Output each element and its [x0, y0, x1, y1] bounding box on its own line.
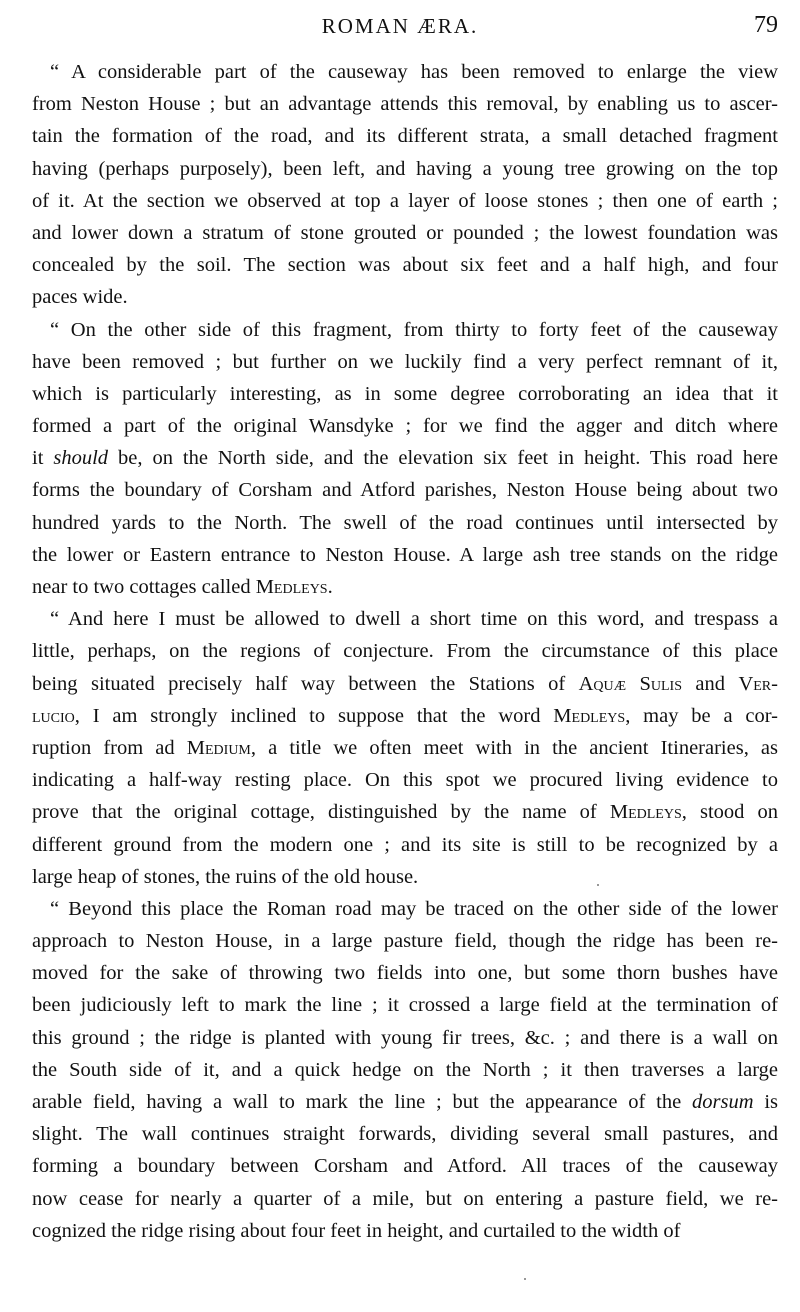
text-line: which is particularly interesting, as in…: [32, 378, 778, 410]
text-line: the lower or Eastern entrance to Neston …: [32, 539, 778, 571]
text-line: moved for the sake of throwing two field…: [32, 957, 778, 989]
text-span: , a title we often meet with in the anci…: [251, 737, 778, 759]
page-header: ROMAN ÆRA. 79: [0, 10, 800, 46]
text-span: .: [328, 576, 333, 598]
text-line: approach to Neston House, in a large pas…: [32, 925, 778, 957]
small-caps-text: Medleys: [610, 801, 682, 823]
text-line: having (perhaps purposely), been left, a…: [32, 153, 778, 185]
text-line: near to two cottages called Medleys.: [32, 571, 778, 603]
scan-speck: [524, 1278, 526, 1280]
text-span: near to two cottages called: [32, 576, 256, 598]
small-caps-text: Ver-: [738, 673, 778, 695]
text-line: ruption from ad Medium, a title we often…: [32, 732, 778, 764]
italic-text: dorsum: [692, 1091, 754, 1113]
text-line: of it. At the section we observed at top…: [32, 185, 778, 217]
body-text: “ A considerable part of the causeway ha…: [32, 56, 778, 1247]
text-span: , I am strongly inclined to suppose that…: [75, 705, 554, 727]
text-line: lucio, I am strongly inclined to suppose…: [32, 700, 778, 732]
scan-speck: [597, 884, 599, 886]
text-line: tain the formation of the road, and its …: [32, 120, 778, 152]
text-line: arable field, having a wall to mark the …: [32, 1086, 778, 1118]
text-line: and lower down a stratum of stone groute…: [32, 217, 778, 249]
paragraph: “ And here I must be allowed to dwell a …: [32, 603, 778, 893]
text-line: different ground from the modern one ; a…: [32, 829, 778, 861]
text-span: is: [754, 1091, 778, 1113]
text-line: the South side of it, and a quick hedge …: [32, 1054, 778, 1086]
text-line: large heap of stones, the ruins of the o…: [32, 861, 778, 893]
small-caps-text: Aquæ Sulis: [579, 673, 682, 695]
page-number: 79: [754, 12, 778, 39]
text-line: “ On the other side of this fragment, fr…: [32, 314, 778, 346]
text-line: hundred yards to the North. The swell of…: [32, 507, 778, 539]
text-line: formed a part of the original Wansdyke ;…: [32, 410, 778, 442]
text-line: been judiciously left to mark the line ;…: [32, 989, 778, 1021]
text-line: cognized the ridge rising about four fee…: [32, 1215, 778, 1247]
text-line: have been removed ; but further on we lu…: [32, 346, 778, 378]
text-span: it: [32, 447, 53, 469]
small-caps-text: Medleys: [553, 705, 625, 727]
text-span: being situated precisely half way betwee…: [32, 673, 579, 695]
text-span: and: [682, 673, 738, 695]
small-caps-text: Medium: [187, 737, 251, 759]
text-line: prove that the original cottage, disting…: [32, 796, 778, 828]
text-line: “ Beyond this place the Roman road may b…: [32, 893, 778, 925]
text-line: now cease for nearly a quarter of a mile…: [32, 1183, 778, 1215]
running-title: ROMAN ÆRA.: [0, 14, 800, 39]
paragraph: “ Beyond this place the Roman road may b…: [32, 893, 778, 1247]
text-line: forming a boundary between Corsham and A…: [32, 1150, 778, 1182]
text-line: from Neston House ; but an advantage att…: [32, 88, 778, 120]
text-span: prove that the original cottage, disting…: [32, 801, 610, 823]
small-caps-text: lucio: [32, 705, 75, 727]
paragraph: “ A considerable part of the causeway ha…: [32, 56, 778, 314]
text-line: “ A considerable part of the causeway ha…: [32, 56, 778, 88]
text-line: being situated precisely half way betwee…: [32, 668, 778, 700]
paragraph: “ On the other side of this fragment, fr…: [32, 314, 778, 604]
text-line: concealed by the soil. The section was a…: [32, 249, 778, 281]
text-span: arable field, having a wall to mark the …: [32, 1091, 692, 1113]
text-line: indicating a half-way resting place. On …: [32, 764, 778, 796]
text-line: little, perhaps, on the regions of conje…: [32, 635, 778, 667]
text-line: it should be, on the North side, and the…: [32, 442, 778, 474]
text-line: “ And here I must be allowed to dwell a …: [32, 603, 778, 635]
text-span: ruption from ad: [32, 737, 187, 759]
italic-text: should: [53, 447, 108, 469]
text-span: , may be a cor-: [625, 705, 778, 727]
small-caps-text: Medleys: [256, 576, 328, 598]
text-span: , stood on: [682, 801, 778, 823]
text-span: be, on the North side, and the elevation…: [108, 447, 778, 469]
text-line: forms the boundary of Corsham and Atford…: [32, 474, 778, 506]
text-line: slight. The wall continues straight forw…: [32, 1118, 778, 1150]
text-line: paces wide.: [32, 281, 778, 313]
text-line: this ground ; the ridge is planted with …: [32, 1022, 778, 1054]
